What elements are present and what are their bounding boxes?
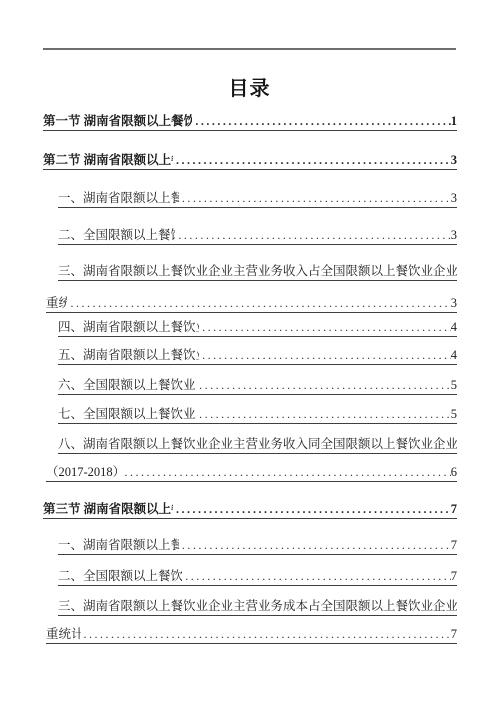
toc-page-number: 3 (451, 190, 457, 206)
toc-entry-item[interactable]: 五、湖南省限额以上餐饮业企业主营业务收入（2017-2018）变动分析 4 (58, 347, 457, 365)
toc-entry-item[interactable]: 八、湖南省限额以上餐饮业企业主营业务收入同全国限额以上餐饮业企业主营业务收入 (58, 436, 457, 454)
dot-leader (173, 152, 451, 168)
toc-entry-text: 第二节 湖南省限额以上餐饮业企业主营业务收入指标分析 (43, 152, 173, 168)
dot-leader (196, 377, 451, 393)
toc-entry-section-3[interactable]: 第三节 湖南省限额以上餐饮业企业主营业务成本指标分析 7 (43, 501, 457, 519)
dot-leader (67, 295, 450, 311)
toc-entry-text: 四、湖南省限额以上餐饮业企业主营业务收入（2016-2018）统计分析 (58, 319, 199, 335)
toc-entry-item[interactable]: 三、湖南省限额以上餐饮业企业主营业务收入占全国限额以上餐饮业企业主营业务收入比 (58, 263, 457, 281)
dot-leader (122, 464, 451, 480)
toc-entry-section-1[interactable]: 第一节 湖南省限额以上餐饮业企业主营业务收入及成本、销售费用现状 1 (43, 113, 457, 131)
toc-entry-text: 一、湖南省限额以上餐饮业企业主营业务收入现状统计 (58, 190, 179, 206)
dot-leader (199, 319, 451, 335)
toc-entry-text: 八、湖南省限额以上餐饮业企业主营业务收入同全国限额以上餐饮业企业主营业务收入 (58, 436, 457, 452)
dot-leader (182, 568, 450, 584)
toc-entry-text: 二、全国限额以上餐饮业企业主营业务成本现状统计分析 (58, 568, 182, 584)
toc-page-number: 6 (451, 464, 457, 480)
toc-entry-text: 第三节 湖南省限额以上餐饮业企业主营业务成本指标分析 (43, 501, 173, 517)
toc-page-number: 7 (451, 501, 457, 517)
toc-page-number: 4 (451, 319, 457, 335)
toc-entry-item[interactable]: 二、全国限额以上餐饮业企业主营业务收入现状统计 3 (58, 227, 457, 245)
dot-leader (81, 626, 451, 642)
toc-page-number: 3 (451, 152, 457, 168)
toc-entry-text: 一、湖南省限额以上餐饮业企业主营业务成本现状统计 (58, 537, 179, 553)
dot-leader (199, 347, 451, 363)
toc-entry-section-2[interactable]: 第二节 湖南省限额以上餐饮业企业主营业务收入指标分析 3 (43, 152, 457, 170)
toc-entry-item[interactable]: 一、湖南省限额以上餐饮业企业主营业务成本现状统计 7 (58, 537, 457, 555)
toc-entry-item[interactable]: 六、全国限额以上餐饮业企业主营业务收入（2016-2018）统计分析 5 (58, 377, 457, 395)
toc-page-number: 7 (451, 626, 457, 642)
toc-entry-text: 七、全国限额以上餐饮业企业主营业务收入（2017-2018）变动分析 (58, 406, 196, 422)
toc-page-number: 3 (451, 227, 457, 243)
toc-page-number: 7 (451, 537, 457, 553)
toc-entry-text: 六、全国限额以上餐饮业企业主营业务收入（2016-2018）统计分析 (58, 377, 196, 393)
toc-title: 目录 (0, 72, 499, 101)
toc-page-number: 5 (451, 406, 457, 422)
document-page: 目录 第一节 湖南省限额以上餐饮业企业主营业务收入及成本、销售费用现状 1 第二… (0, 0, 499, 706)
toc-entry-text: （2017-2018）变动对比分析 (46, 464, 122, 480)
dot-leader (173, 501, 451, 517)
dot-leader (175, 227, 450, 243)
toc-page-number: 3 (451, 295, 457, 311)
toc-entry-text: 重统计分析 (46, 626, 81, 642)
toc-entry-text: 重统计 (46, 295, 67, 311)
toc-entry-text: 三、湖南省限额以上餐饮业企业主营业务收入占全国限额以上餐饮业企业主营业务收入比 (58, 263, 457, 279)
toc-entry-continuation[interactable]: 重统计 3 (46, 295, 457, 313)
toc-entry-continuation[interactable]: （2017-2018）变动对比分析 6 (46, 464, 457, 482)
toc-entry-item[interactable]: 二、全国限额以上餐饮业企业主营业务成本现状统计分析 7 (58, 568, 457, 586)
toc-entry-text: 第一节 湖南省限额以上餐饮业企业主营业务收入及成本、销售费用现状 (43, 113, 192, 129)
toc-entry-item[interactable]: 一、湖南省限额以上餐饮业企业主营业务收入现状统计 3 (58, 190, 457, 208)
toc-page-number: 7 (451, 568, 457, 584)
toc-entry-text: 五、湖南省限额以上餐饮业企业主营业务收入（2017-2018）变动分析 (58, 347, 199, 363)
toc-entry-text: 三、湖南省限额以上餐饮业企业主营业务成本占全国限额以上餐饮业企业主营业务成本比 (58, 598, 457, 614)
toc-entry-text: 二、全国限额以上餐饮业企业主营业务收入现状统计 (58, 227, 175, 243)
toc-page-number: 4 (451, 347, 457, 363)
toc-entry-continuation[interactable]: 重统计分析 7 (46, 626, 457, 644)
dot-leader (196, 406, 451, 422)
toc-page-number: 1 (451, 113, 457, 129)
toc-entry-item[interactable]: 四、湖南省限额以上餐饮业企业主营业务收入（2016-2018）统计分析 4 (58, 319, 457, 337)
toc-page-number: 5 (451, 377, 457, 393)
dot-leader (192, 113, 450, 129)
dot-leader (179, 190, 451, 206)
toc-entry-item[interactable]: 七、全国限额以上餐饮业企业主营业务收入（2017-2018）变动分析 5 (58, 406, 457, 424)
toc-entry-item[interactable]: 三、湖南省限额以上餐饮业企业主营业务成本占全国限额以上餐饮业企业主营业务成本比 (58, 598, 457, 616)
dot-leader (179, 537, 451, 553)
header-rule (43, 48, 456, 50)
